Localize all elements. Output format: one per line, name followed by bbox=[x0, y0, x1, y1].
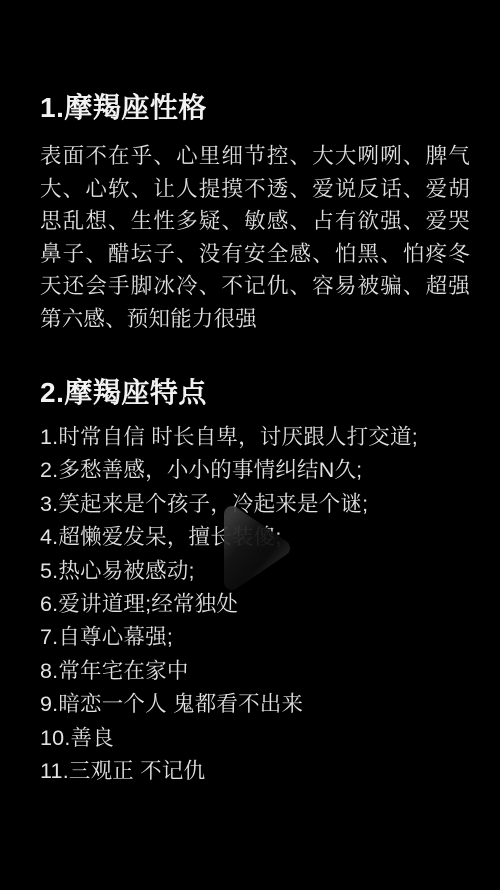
section1-heading: 1.摩羯座性格 bbox=[40, 90, 470, 126]
poster-content: 1.摩羯座性格 表面不在乎、心里细节控、大大咧咧、脾气大、心软、让人提摸不透、爱… bbox=[40, 90, 470, 788]
trait-list-item: 9.暗恋一个人 鬼都看不出来 bbox=[40, 688, 470, 721]
section2-heading: 2.摩羯座特点 bbox=[40, 375, 470, 411]
play-icon[interactable] bbox=[210, 496, 302, 600]
trait-list-item: 11.三观正 不记仇 bbox=[40, 755, 470, 788]
trait-list-item: 2.多愁善感，小小的事情纠结N久; bbox=[40, 454, 470, 487]
trait-list-item: 10.善良 bbox=[40, 722, 470, 755]
section1-paragraph: 表面不在乎、心里细节控、大大咧咧、脾气大、心软、让人提摸不透、爱说反话、爱胡思乱… bbox=[40, 140, 470, 335]
video-poster: 1.摩羯座性格 表面不在乎、心里细节控、大大咧咧、脾气大、心软、让人提摸不透、爱… bbox=[0, 0, 500, 890]
trait-list-item: 8.常年宅在家中 bbox=[40, 655, 470, 688]
trait-list-item: 1.时常自信 时长自卑，讨厌跟人打交道; bbox=[40, 421, 470, 454]
trait-list-item: 7.自尊心幕强; bbox=[40, 621, 470, 654]
trait-list: 1.时常自信 时长自卑，讨厌跟人打交道; 2.多愁善感，小小的事情纠结N久; 3… bbox=[40, 421, 470, 788]
